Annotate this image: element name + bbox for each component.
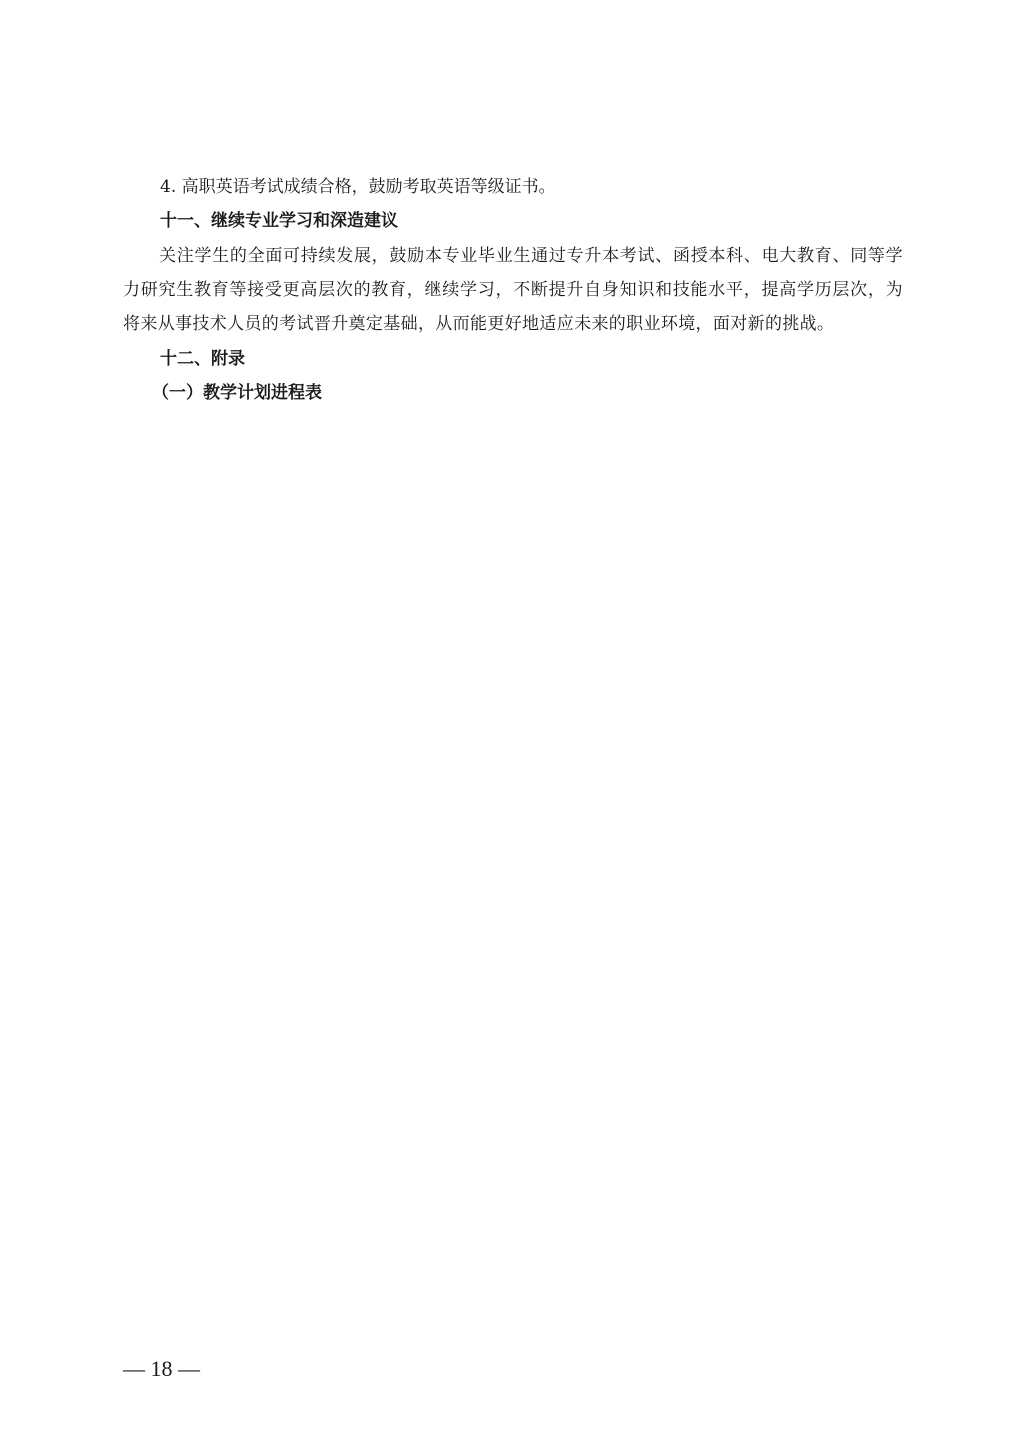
section-heading-further-study: 十一、继续专业学习和深造建议 xyxy=(160,210,398,232)
page-number: — 18 — xyxy=(123,1356,200,1382)
further-study-paragraph: 关注学生的全面可持续发展，鼓励本专业毕业生通过专升本考试、函授本科、电大教育、同… xyxy=(123,239,903,341)
section-heading-appendix: 十二、附录 xyxy=(160,348,245,370)
list-item-english-exam: 4. 高职英语考试成绩合格，鼓励考取英语等级证书。 xyxy=(160,176,556,198)
document-page: 4. 高职英语考试成绩合格，鼓励考取英语等级证书。 十一、继续专业学习和深造建议… xyxy=(0,0,1024,1448)
subsection-heading-teaching-plan: （一）教学计划进程表 xyxy=(152,382,322,404)
